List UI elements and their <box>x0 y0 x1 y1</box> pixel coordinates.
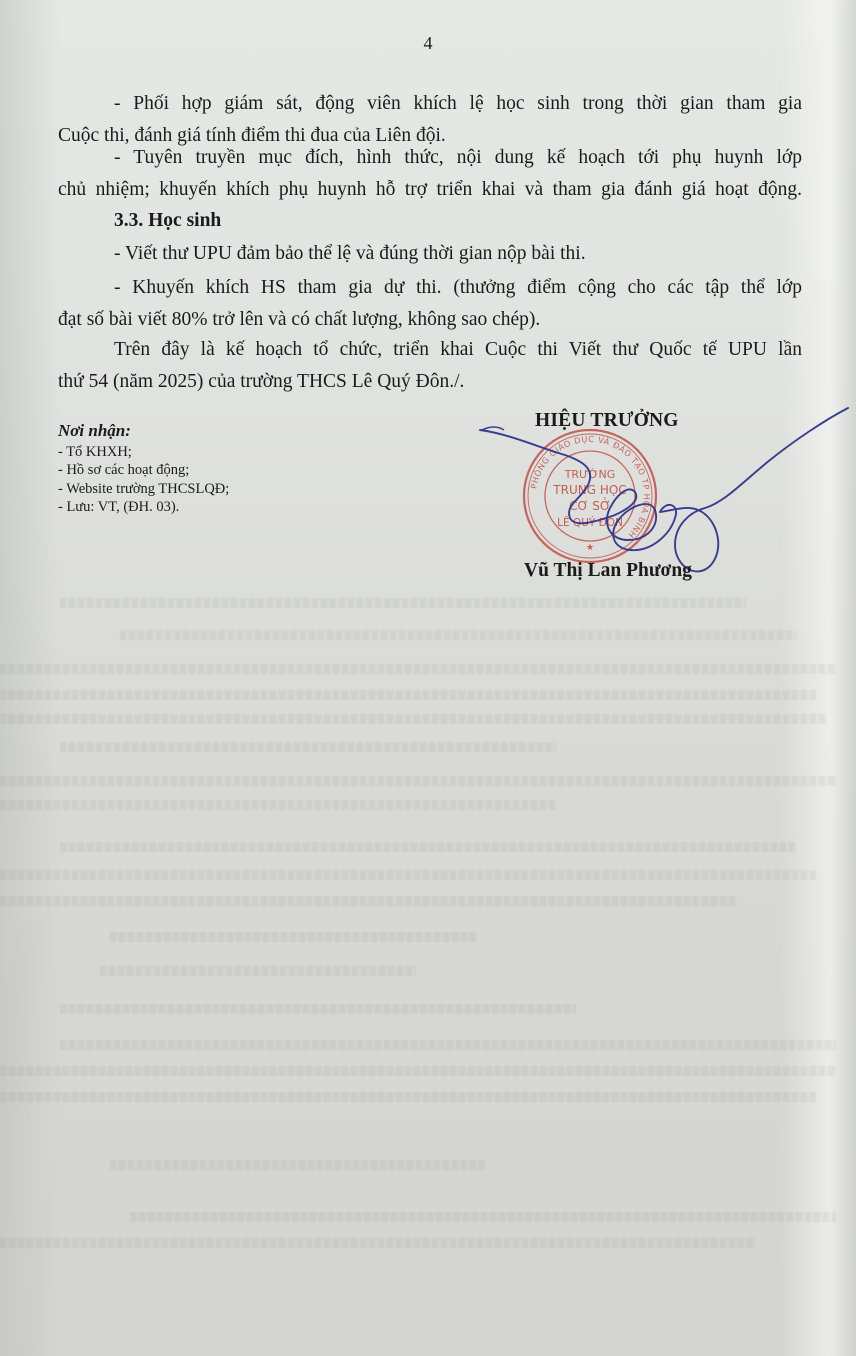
show-through-line <box>0 690 816 700</box>
recipient-item: - Tổ KHXH; <box>58 443 229 462</box>
show-through-line <box>110 1160 486 1170</box>
paragraph-line: Trên đây là kế hoạch tổ chức, triển khai… <box>58 334 802 366</box>
recipient-item: - Hồ sơ các hoạt động; <box>58 461 229 480</box>
recipient-item: - Lưu: VT, (ĐH. 03). <box>58 498 229 517</box>
paragraph-line: đạt số bài viết 80% trở lên và có chất l… <box>58 309 540 330</box>
page-number: 4 <box>0 33 856 54</box>
student-item-write-letter: - Viết thư UPU đảm bảo thể lệ và đúng th… <box>58 238 802 270</box>
paragraph-line: - Viết thư UPU đảm bảo thể lệ và đúng th… <box>114 243 586 264</box>
show-through-line <box>0 896 736 906</box>
show-through-line <box>0 1238 756 1248</box>
signature-icon <box>470 400 850 580</box>
document-page: 4 - Phối hợp giám sát, động viên khích l… <box>0 0 856 1356</box>
show-through-line <box>130 1212 836 1222</box>
show-through-line <box>0 776 836 786</box>
recipients-block: Nơi nhận: - Tổ KHXH; - Hồ sơ các hoạt độ… <box>58 422 229 517</box>
section-heading-students: 3.3. Học sinh <box>114 210 221 232</box>
paragraph-line: chủ nhiệm; khuyến khích phụ huynh hỗ trợ… <box>58 174 802 206</box>
show-through-line <box>0 714 826 724</box>
student-item-encourage: - Khuyến khích HS tham gia dự thi. (thưở… <box>58 272 802 336</box>
show-through-line <box>60 742 556 752</box>
show-through-line <box>0 800 556 810</box>
recipients-label: Nơi nhận: <box>58 422 229 441</box>
signer-name: Vũ Thị Lan Phương <box>524 560 692 582</box>
show-through-line <box>60 1004 576 1014</box>
show-through-line <box>0 664 836 674</box>
show-through-line <box>0 1092 816 1102</box>
show-through-line <box>100 966 416 976</box>
show-through-line <box>60 842 796 852</box>
show-through-line <box>120 630 796 640</box>
show-through-line <box>110 932 476 942</box>
show-through-line <box>0 1066 836 1076</box>
paragraph-line: - Phối hợp giám sát, động viên khích lệ … <box>58 88 802 120</box>
paragraph-line: thứ 54 (năm 2025) của trường THCS Lê Quý… <box>58 371 464 392</box>
recipient-item: - Website trường THCSLQĐ; <box>58 480 229 499</box>
paragraph-line: - Khuyến khích HS tham gia dự thi. (thưở… <box>58 272 802 304</box>
paragraph-line: - Tuyên truyền mục đích, hình thức, nội … <box>58 142 802 174</box>
show-through-line <box>0 870 816 880</box>
show-through-line <box>60 598 746 608</box>
closing-paragraph: Trên đây là kế hoạch tổ chức, triển khai… <box>58 334 802 398</box>
show-through-line <box>60 1040 836 1050</box>
paragraph-propaganda-parents: - Tuyên truyền mục đích, hình thức, nội … <box>58 142 802 206</box>
